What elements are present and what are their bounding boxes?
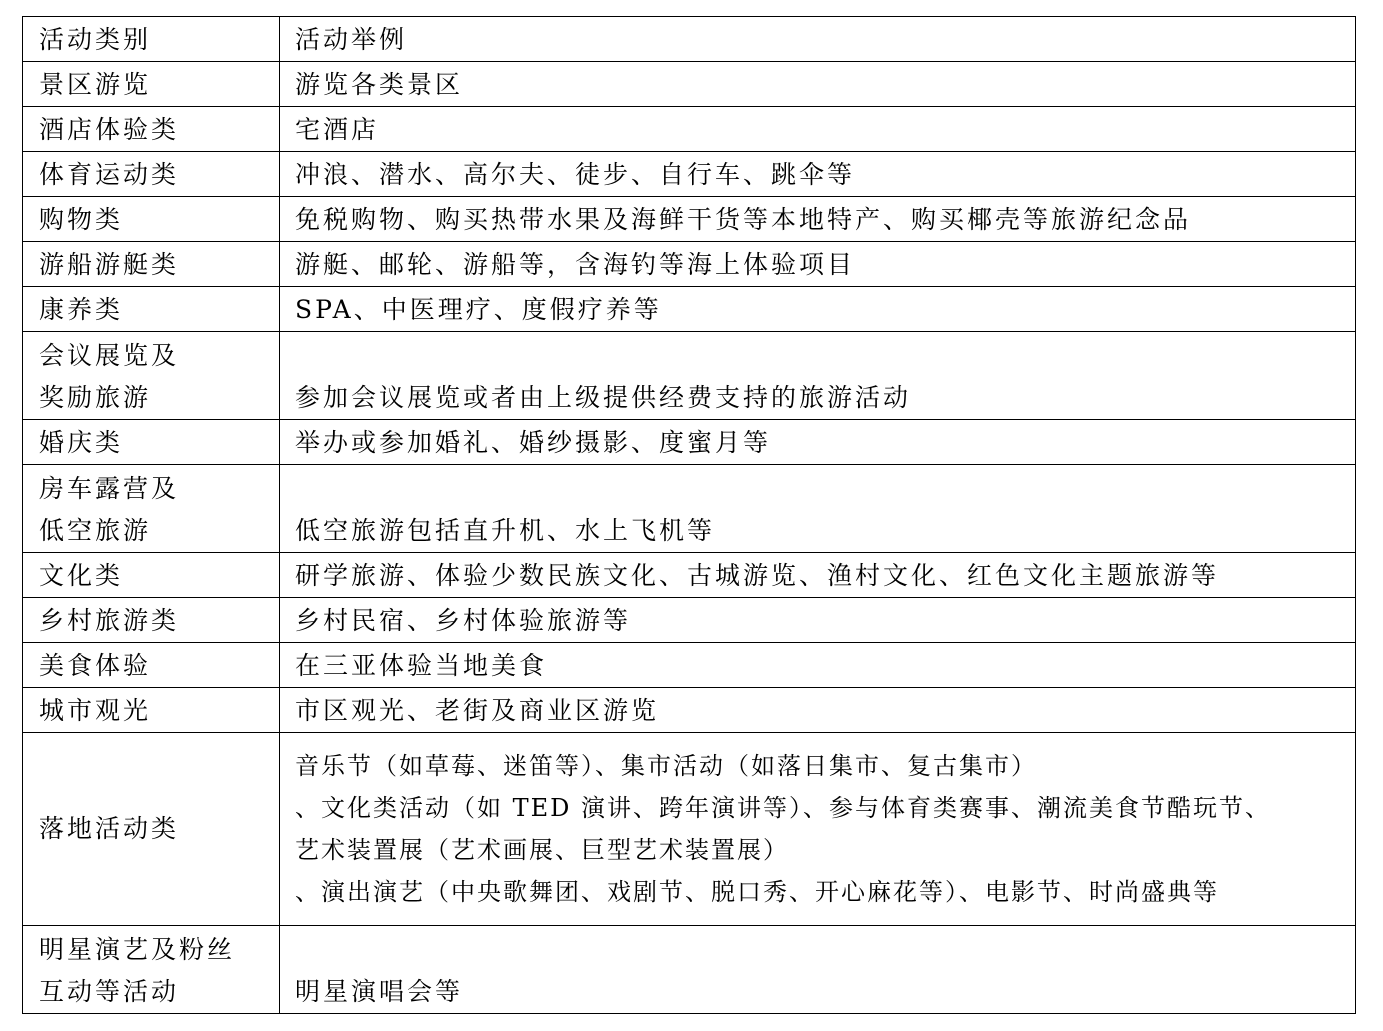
- category-cell: 体育运动类: [23, 152, 280, 197]
- examples-cell: 宅酒店: [280, 107, 1356, 152]
- category-cell: 城市观光: [23, 688, 280, 733]
- table-row: 会议展览及 奖励旅游 参加会议展览或者由上级提供经费支持的旅游活动: [23, 332, 1356, 420]
- examples-text: 市区观光、老街及商业区游览: [295, 690, 1355, 732]
- header-category: 活动类别: [23, 17, 280, 62]
- examples-text: 免税购物、购买热带水果及海鲜干货等本地特产、购买椰壳等旅游纪念品: [295, 199, 1355, 241]
- examples-text: 明星演唱会等: [295, 971, 1355, 1013]
- table-row: 婚庆类 举办或参加婚礼、婚纱摄影、度蜜月等: [23, 420, 1356, 465]
- category-cell: 婚庆类: [23, 420, 280, 465]
- examples-text: 、演出演艺（中央歌舞团、戏剧节、脱口秀、开心麻花等）、电影节、时尚盛典等: [295, 871, 1355, 913]
- category-cell: 乡村旅游类: [23, 598, 280, 643]
- category-cell: 会议展览及 奖励旅游: [23, 332, 280, 420]
- category-text: 房车露营及: [39, 468, 279, 510]
- table-row: 乡村旅游类 乡村民宿、乡村体验旅游等: [23, 598, 1356, 643]
- examples-text: 艺术装置展（艺术画展、巨型艺术装置展）: [295, 829, 1355, 871]
- category-text: 奖励旅游: [39, 377, 279, 419]
- table-row: 景区游览 游览各类景区: [23, 62, 1356, 107]
- category-text: 乡村旅游类: [39, 600, 279, 642]
- category-cell: 美食体验: [23, 643, 280, 688]
- examples-cell: 市区观光、老街及商业区游览: [280, 688, 1356, 733]
- category-text: 文化类: [39, 555, 279, 597]
- table-row: 康养类 SPA、中医理疗、度假疗养等: [23, 287, 1356, 332]
- category-text: 明星演艺及粉丝: [39, 929, 279, 971]
- table-row: 美食体验 在三亚体验当地美食: [23, 643, 1356, 688]
- table-row: 落地活动类 音乐节（如草莓、迷笛等）、集市活动（如落日集市、复古集市） 、文化类…: [23, 733, 1356, 926]
- examples-cell: 在三亚体验当地美食: [280, 643, 1356, 688]
- category-text: 康养类: [39, 289, 279, 331]
- activity-table: 活动类别 活动举例 景区游览 游览各类景区 酒店体验类 宅酒店 体育运动类 冲浪…: [22, 16, 1356, 1014]
- category-cell: 康养类: [23, 287, 280, 332]
- table-row: 游船游艇类 游艇、邮轮、游船等，含海钓等海上体验项目: [23, 242, 1356, 287]
- category-text: 城市观光: [39, 690, 279, 732]
- examples-text: 乡村民宿、乡村体验旅游等: [295, 600, 1355, 642]
- examples-cell: 明星演唱会等: [280, 926, 1356, 1014]
- category-cell: 落地活动类: [23, 733, 280, 926]
- table-row: 房车露营及 低空旅游 低空旅游包括直升机、水上飞机等: [23, 465, 1356, 553]
- examples-text: 游艇、邮轮、游船等，含海钓等海上体验项目: [295, 244, 1355, 286]
- examples-cell: 游艇、邮轮、游船等，含海钓等海上体验项目: [280, 242, 1356, 287]
- examples-cell: 参加会议展览或者由上级提供经费支持的旅游活动: [280, 332, 1356, 420]
- category-cell: 购物类: [23, 197, 280, 242]
- examples-cell: 音乐节（如草莓、迷笛等）、集市活动（如落日集市、复古集市） 、文化类活动（如 T…: [280, 733, 1356, 926]
- examples-cell: 举办或参加婚礼、婚纱摄影、度蜜月等: [280, 420, 1356, 465]
- examples-text: 低空旅游包括直升机、水上飞机等: [295, 510, 1355, 552]
- category-text: 购物类: [39, 199, 279, 241]
- category-text: 体育运动类: [39, 154, 279, 196]
- category-text: 婚庆类: [39, 422, 279, 464]
- examples-text: 宅酒店: [295, 109, 1355, 151]
- table-row: 明星演艺及粉丝 互动等活动 明星演唱会等: [23, 926, 1356, 1014]
- examples-text: 研学旅游、体验少数民族文化、古城游览、渔村文化、红色文化主题旅游等: [295, 555, 1355, 597]
- category-text: 会议展览及: [39, 335, 279, 377]
- examples-cell: 免税购物、购买热带水果及海鲜干货等本地特产、购买椰壳等旅游纪念品: [280, 197, 1356, 242]
- table-header-row: 活动类别 活动举例: [23, 17, 1356, 62]
- category-text: 落地活动类: [39, 808, 279, 850]
- table-row: 文化类 研学旅游、体验少数民族文化、古城游览、渔村文化、红色文化主题旅游等: [23, 553, 1356, 598]
- table-row: 体育运动类 冲浪、潜水、高尔夫、徒步、自行车、跳伞等: [23, 152, 1356, 197]
- category-cell: 景区游览: [23, 62, 280, 107]
- category-cell: 房车露营及 低空旅游: [23, 465, 280, 553]
- examples-text: SPA、中医理疗、度假疗养等: [295, 289, 1355, 331]
- category-cell: 文化类: [23, 553, 280, 598]
- category-text: 游船游艇类: [39, 244, 279, 286]
- category-cell: 酒店体验类: [23, 107, 280, 152]
- examples-text: 举办或参加婚礼、婚纱摄影、度蜜月等: [295, 422, 1355, 464]
- category-text: 景区游览: [39, 64, 279, 106]
- examples-text: 、文化类活动（如 TED 演讲、跨年演讲等）、参与体育类赛事、潮流美食节酷玩节、: [295, 787, 1355, 829]
- examples-cell: 低空旅游包括直升机、水上飞机等: [280, 465, 1356, 553]
- examples-text: 音乐节（如草莓、迷笛等）、集市活动（如落日集市、复古集市）: [295, 745, 1355, 787]
- examples-cell: 研学旅游、体验少数民族文化、古城游览、渔村文化、红色文化主题旅游等: [280, 553, 1356, 598]
- examples-cell: SPA、中医理疗、度假疗养等: [280, 287, 1356, 332]
- examples-text: 在三亚体验当地美食: [295, 645, 1355, 687]
- examples-cell: 乡村民宿、乡村体验旅游等: [280, 598, 1356, 643]
- examples-cell: 游览各类景区: [280, 62, 1356, 107]
- examples-cell: 冲浪、潜水、高尔夫、徒步、自行车、跳伞等: [280, 152, 1356, 197]
- category-text: 低空旅游: [39, 510, 279, 552]
- table-row: 购物类 免税购物、购买热带水果及海鲜干货等本地特产、购买椰壳等旅游纪念品: [23, 197, 1356, 242]
- table-row: 酒店体验类 宅酒店: [23, 107, 1356, 152]
- header-examples: 活动举例: [280, 17, 1356, 62]
- table-row: 城市观光 市区观光、老街及商业区游览: [23, 688, 1356, 733]
- examples-text: 参加会议展览或者由上级提供经费支持的旅游活动: [295, 377, 1355, 419]
- examples-text: 游览各类景区: [295, 64, 1355, 106]
- category-text: 酒店体验类: [39, 109, 279, 151]
- examples-text: 冲浪、潜水、高尔夫、徒步、自行车、跳伞等: [295, 154, 1355, 196]
- category-cell: 明星演艺及粉丝 互动等活动: [23, 926, 280, 1014]
- category-text: 美食体验: [39, 645, 279, 687]
- category-cell: 游船游艇类: [23, 242, 280, 287]
- category-text: 互动等活动: [39, 971, 279, 1013]
